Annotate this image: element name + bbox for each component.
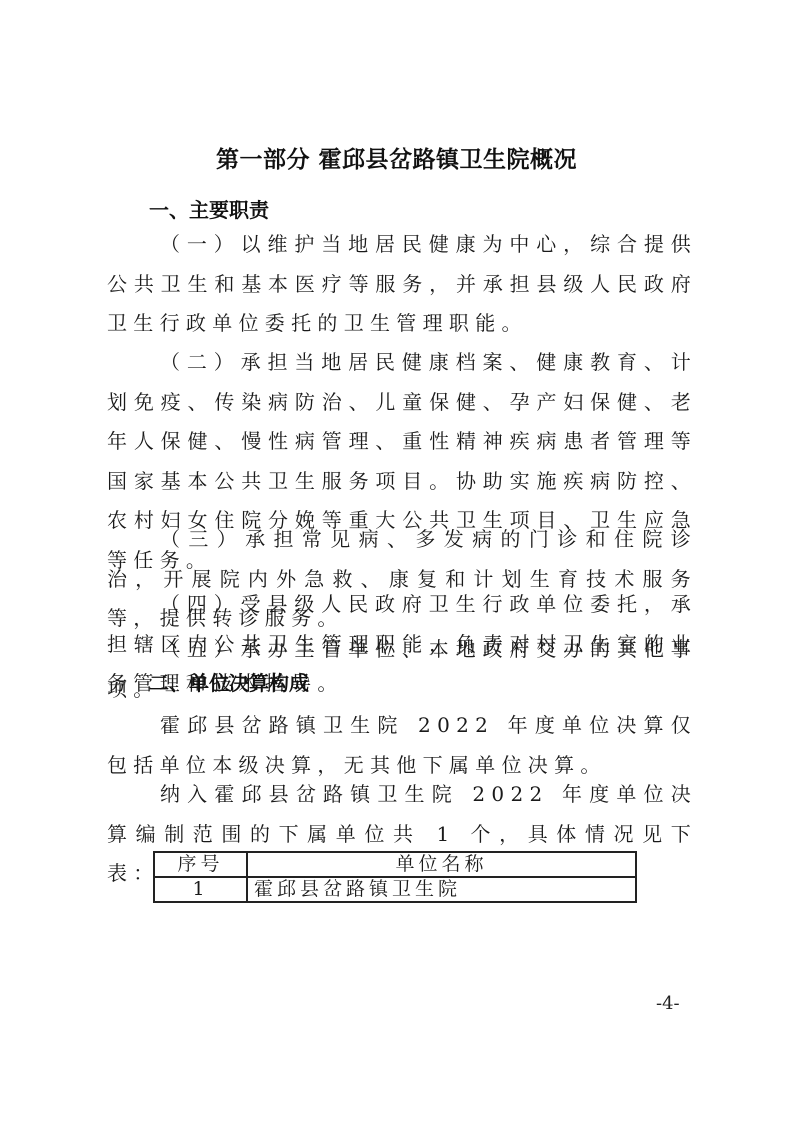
section-heading-main-duties: 一、主要职责 [149,195,269,225]
table-header-unit-name: 单位名称 [247,852,636,877]
document-page: 第一部分 霍邱县岔路镇卫生院概况 一、主要职责 （一）以维护当地居民健康为中心，… [0,0,793,1122]
section-heading-budget-composition: 二、单位决算构成 [149,668,309,698]
table-cell-unit-name: 霍邱县岔路镇卫生院 [247,877,636,902]
page-title: 第一部分 霍邱县岔路镇卫生院概况 [0,143,793,177]
paragraph-budget-1: 霍邱县岔路镇卫生院 2022 年度单位决算仅包括单位本级决算，无其他下属单位决算… [107,706,697,785]
subordinate-units-table: 序号 单位名称 1 霍邱县岔路镇卫生院 [153,851,637,903]
table-row: 1 霍邱县岔路镇卫生院 [154,877,636,902]
table-header-serial: 序号 [154,852,247,877]
paragraph-duty-1: （一）以维护当地居民健康为中心，综合提供公共卫生和基本医疗等服务，并承担县级人民… [107,225,697,344]
page-number: -4- [656,993,680,1014]
table-header-row: 序号 单位名称 [154,852,636,877]
table-cell-serial: 1 [154,877,247,902]
